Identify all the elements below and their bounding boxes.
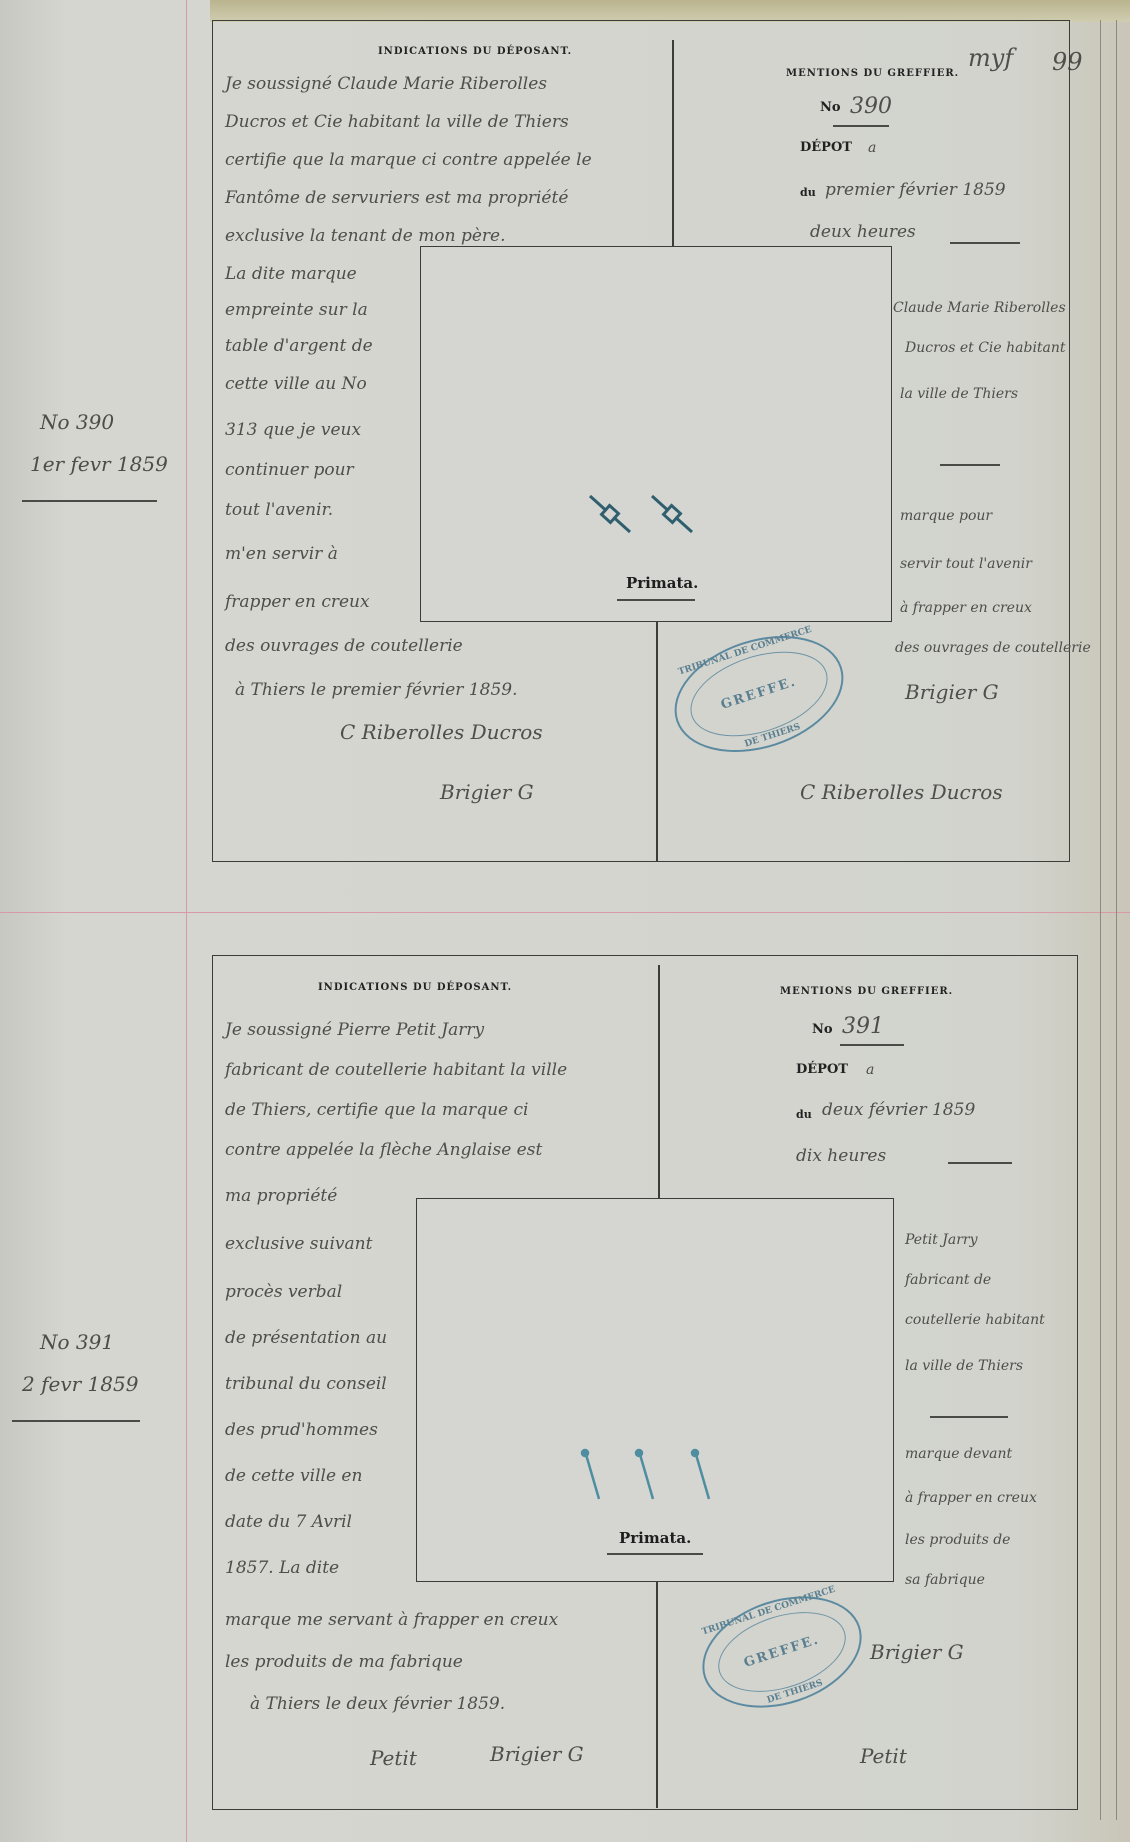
depot-date: deux février 1859 [822,1100,975,1120]
marginal-number: No 390 [40,410,114,434]
column-divider [656,620,658,862]
depot-suffix: a [866,1062,874,1078]
greffier-purpose-line: des ouvrages de coutellerie [895,640,1091,656]
greffier-name-line: Claude Marie Riberolles [893,300,1066,316]
deposant-line: Ducros et Cie habitant la ville de Thier… [225,112,569,132]
entry-number: 390 [850,94,892,119]
depot-hour: deux heures [810,222,916,242]
page-edge-line [1116,20,1117,1820]
mark-box: Primata. [416,1198,894,1582]
rule [930,1416,1008,1418]
greffier-name-line: la ville de Thiers [905,1358,1023,1374]
deposant-line: 313 que je veux [225,420,361,440]
deposant-signature: Petit [860,1744,907,1768]
deposant-line: table d'argent de [225,336,373,356]
page-edge-line [1100,20,1101,1820]
deposant-line: procès verbal [225,1282,342,1302]
deposant-line: tout l'avenir. [225,500,333,520]
greffier-signature: Brigier G [490,1742,584,1766]
page-top-edge [210,0,1130,22]
depot-suffix: a [868,140,876,156]
deposant-line: marque me servant à frapper en creux [225,1610,558,1630]
greffier-purpose-line: marque devant [905,1446,1012,1462]
deposant-line: ma propriété [225,1186,337,1206]
rule [940,464,1000,466]
depot-label: DÉPOT [800,140,852,155]
deposant-line: de cette ville en [225,1466,362,1486]
mark-symbol-icon [577,1447,727,1507]
mark-label-underline [607,1553,703,1555]
deposant-line: empreinte sur la [225,300,368,320]
greffier-signature: Brigier G [905,680,999,704]
deposant-line: des prud'hommes [225,1420,378,1440]
greffier-signature: Brigier G [870,1640,964,1664]
deposant-signature: Petit [370,1746,417,1770]
deposant-line: exclusive suivant [225,1234,372,1254]
greffier-header: MENTIONS DU GREFFIER. [780,986,953,997]
greffier-purpose-line: servir tout l'avenir [900,556,1032,572]
number-label: No [812,1022,833,1037]
deposant-line: des ouvrages de coutellerie [225,636,463,656]
deposant-line: de présentation au [225,1328,387,1348]
greffier-purpose-line: marque pour [900,508,992,524]
greffier-name-line: la ville de Thiers [900,386,1018,402]
deposant-line: Je soussigné Pierre Petit Jarry [225,1020,484,1040]
deposant-signature: C Riberolles Ducros [800,780,1003,804]
deposant-line: certifie que la marque ci contre appelée… [225,150,592,170]
greffier-name-line: Ducros et Cie habitant [905,340,1066,356]
deposant-header: INDICATIONS DU DÉPOSANT. [318,982,512,993]
column-divider [672,40,674,250]
deposant-line: Fantôme de servuriers est ma propriété [225,188,568,208]
du-label: du [796,1108,812,1121]
number-underline [833,125,889,127]
entry-separator-rule [0,912,1130,913]
marginal-date: 1er fevr 1859 [30,452,168,476]
marginal-date: 2 fevr 1859 [22,1372,138,1396]
mark-label: Primata. [626,574,698,592]
rule [950,242,1020,244]
greffier-purpose-line: à frapper en creux [900,600,1032,616]
mark-box: Primata. [420,246,892,622]
mark-label-underline [617,599,695,601]
deposant-line: à Thiers le premier février 1859. [235,680,517,700]
deposant-line: cette ville au No [225,374,367,394]
marginal-underline [12,1420,140,1422]
deposant-line: contre appelée la flèche Anglaise est [225,1140,542,1160]
number-label: No [820,100,841,115]
greffier-purpose-line: sa fabrique [905,1572,985,1588]
rule [948,1162,1012,1164]
deposant-line: La dite marque [225,264,357,284]
deposant-signature: C Riberolles Ducros [340,720,543,744]
deposant-line: date du 7 Avril [225,1512,352,1532]
greffier-name-line: coutellerie habitant [905,1312,1045,1328]
mark-symbol-icon [586,492,706,542]
deposant-line: exclusive la tenant de mon père. [225,226,506,246]
greffier-purpose-line: à frapper en creux [905,1490,1037,1506]
greffier-header: MENTIONS DU GREFFIER. [786,68,959,79]
entry-number: 391 [842,1014,884,1039]
marginal-underline [22,500,157,502]
deposant-line: tribunal du conseil [225,1374,387,1394]
deposant-line: continuer pour [225,460,354,480]
greffier-purpose-line: les produits de [905,1532,1010,1548]
deposant-line: les produits de ma fabrique [225,1652,463,1672]
number-underline [840,1044,904,1046]
depot-date: premier février 1859 [825,180,1006,200]
greffier-name-line: fabricant de [905,1272,991,1288]
column-divider [658,965,660,1205]
depot-hour: dix heures [796,1146,886,1166]
marginal-number: No 391 [40,1330,114,1354]
greffier-signature: Brigier G [440,780,534,804]
deposant-header: INDICATIONS DU DÉPOSANT. [378,46,572,57]
deposant-line: Je soussigné Claude Marie Riberolles [225,74,547,94]
margin-rule [186,0,187,1842]
deposant-line: fabricant de coutellerie habitant la vil… [225,1060,567,1080]
deposant-line: de Thiers, certifie que la marque ci [225,1100,528,1120]
mark-label: Primata. [619,1529,691,1547]
deposant-line: m'en servir à [225,544,338,564]
column-divider [656,1580,658,1808]
deposant-line: frapper en creux [225,592,370,612]
du-label: du [800,186,816,199]
deposant-line: à Thiers le deux février 1859. [250,1694,505,1714]
greffier-name-line: Petit Jarry [905,1232,978,1248]
register-page: myf 99 No 390 1er fevr 1859 INDICATIONS … [0,0,1130,1842]
deposant-line: 1857. La dite [225,1558,339,1578]
depot-label: DÉPOT [796,1062,848,1077]
